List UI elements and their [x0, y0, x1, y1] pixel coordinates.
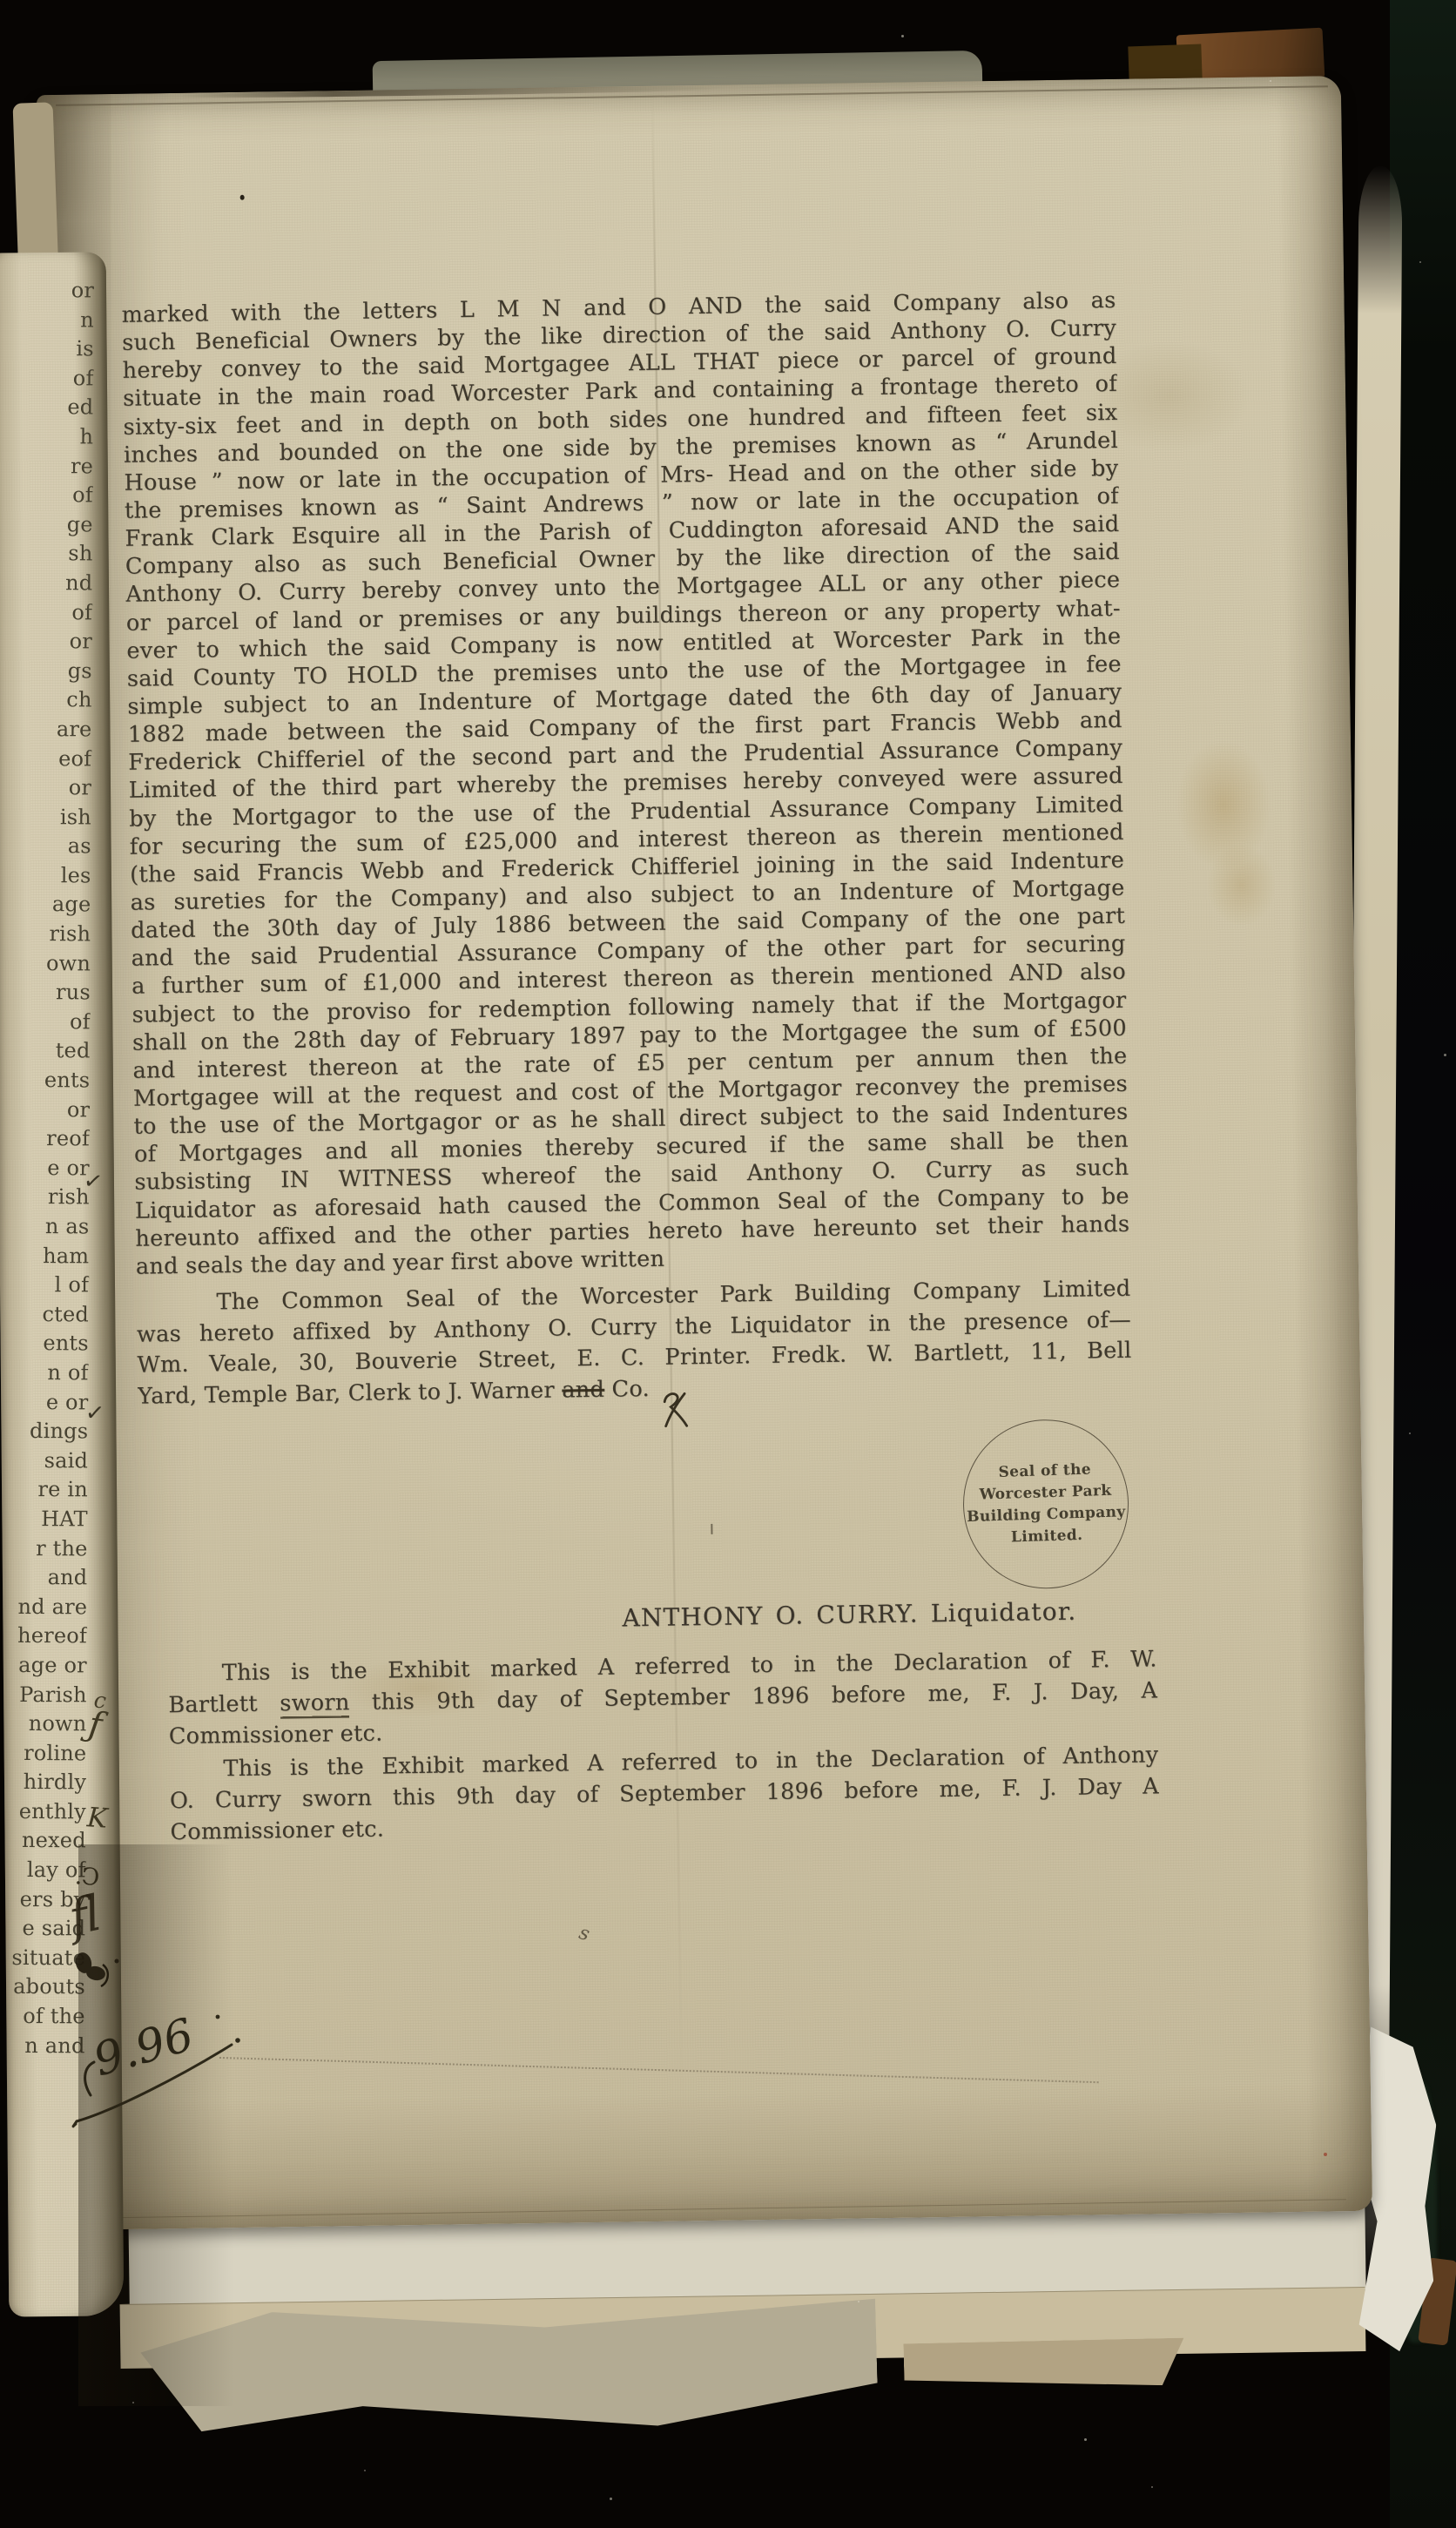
text-fragment: dings [0, 1417, 88, 1446]
handwritten-letter-k: K [86, 1802, 109, 1835]
text-fragment: said [0, 1446, 88, 1476]
exhibit-declaration-curry: This is the Exhibit marked A referred to… [169, 1739, 1159, 1848]
attestation-text: Co. [604, 1376, 650, 1403]
text-fragment: age [0, 890, 91, 920]
text-fragment: age or [0, 1651, 87, 1681]
text-fragment: l of [0, 1271, 89, 1300]
text-fragment: rus [0, 978, 91, 1008]
text-fragment: ham [0, 1241, 89, 1271]
attestation-clause: The Common Seal of the Worcester Park Bu… [136, 1274, 1132, 1412]
handwritten-squiggle: s [576, 1922, 592, 1945]
underlined-word-sworn: sworn [280, 1689, 350, 1716]
exhibit-text: Bartlett [168, 1690, 280, 1718]
text-fragment: HAT [0, 1505, 88, 1534]
text-fragment: of [0, 1008, 91, 1037]
text-fragment: is [3, 334, 94, 364]
text-fragment: n [3, 305, 94, 334]
text-fragment: cted [0, 1300, 89, 1330]
text-fragment: reof [0, 1124, 90, 1154]
fold-ink-dash [711, 1524, 712, 1534]
text-fragment: e or [0, 1154, 90, 1183]
text-fragment: ish [1, 803, 91, 833]
text-fragment: enthly [0, 1797, 86, 1827]
text-fragment: or [3, 276, 94, 306]
company-seal: Seal of the Worcester Park Building Comp… [961, 1417, 1131, 1591]
text-fragment: ed [3, 393, 93, 422]
text-fragment: Parish [0, 1680, 87, 1709]
text-fragment: nown [0, 1709, 87, 1739]
wood-fragment-top-dark [1128, 44, 1202, 82]
text-fragment: or [0, 1095, 90, 1124]
text-fragment: and [0, 1563, 87, 1593]
liquidator-signature-line: ANTHONY O. CURRY. Liquidator. [560, 1596, 1139, 1634]
text-fragment: ents [0, 1329, 89, 1358]
text-fragment: eof [1, 744, 91, 773]
handwritten-check-mark: ✓ [84, 1399, 105, 1427]
text-fragment: rish [0, 1183, 90, 1212]
text-fragment: rish [0, 920, 91, 949]
page-edge-sliver-top-left [13, 102, 59, 277]
gutter-shadow [78, 1844, 233, 2406]
text-fragment: e or [0, 1387, 89, 1417]
exhibit-declaration-bartlett: This is the Exhibit marked A referred to… [168, 1643, 1158, 1752]
text-fragment: n as [0, 1212, 90, 1242]
text-fragment: les [1, 861, 91, 891]
text-fragment: own [0, 949, 91, 979]
text-fragment: hirdly [0, 1768, 86, 1797]
text-fragment: r the [0, 1534, 88, 1563]
text-fragment: re in [0, 1475, 88, 1505]
text-fragment: lay of [0, 1856, 86, 1885]
text-fragment: of [3, 481, 93, 510]
paper-stain [1206, 843, 1277, 927]
text-fragment: n of [0, 1358, 89, 1388]
text-fragment: of [2, 597, 92, 627]
text-fragment: ents [0, 1066, 90, 1095]
text-fragment: re [3, 451, 93, 481]
struck-word-and: and [562, 1377, 604, 1404]
book-photograph: marked with the letters L M N and O AND … [0, 0, 1456, 2528]
attestation-text: Yard, Temple Bar, Clerk to J. Warner [138, 1377, 563, 1409]
text-fragment: h [3, 422, 93, 452]
ink-speck [240, 195, 245, 200]
text-fragment: ted [0, 1036, 91, 1066]
text-fragment: or [1, 773, 91, 803]
text-fragment: nd are [0, 1593, 87, 1622]
text-fragment: are [1, 715, 91, 745]
text-fragment: ge [3, 510, 93, 540]
document-page: marked with the letters L M N and O AND … [37, 76, 1372, 2230]
handwritten-correction-mark [658, 1390, 696, 1431]
text-fragment: gs [2, 657, 92, 686]
text-fragment: as [1, 832, 91, 861]
text-fragment: ch [2, 685, 92, 715]
text-fragment: sh [2, 539, 92, 569]
text-fragment: nd [2, 569, 92, 598]
text-fragment: nexed [0, 1826, 86, 1856]
text-fragment: of [3, 364, 93, 394]
deed-body-text: marked with the letters L M N and O AND … [121, 287, 1130, 1281]
text-fragment: or [2, 627, 92, 657]
previous-page-text-fragments: ornisofedhreofgeshndoforgschareeoforisha… [0, 276, 94, 2061]
text-fragment: roline [0, 1739, 86, 1769]
text-fragment: hereof [0, 1621, 87, 1651]
page-stack-wedge [903, 2338, 1184, 2391]
